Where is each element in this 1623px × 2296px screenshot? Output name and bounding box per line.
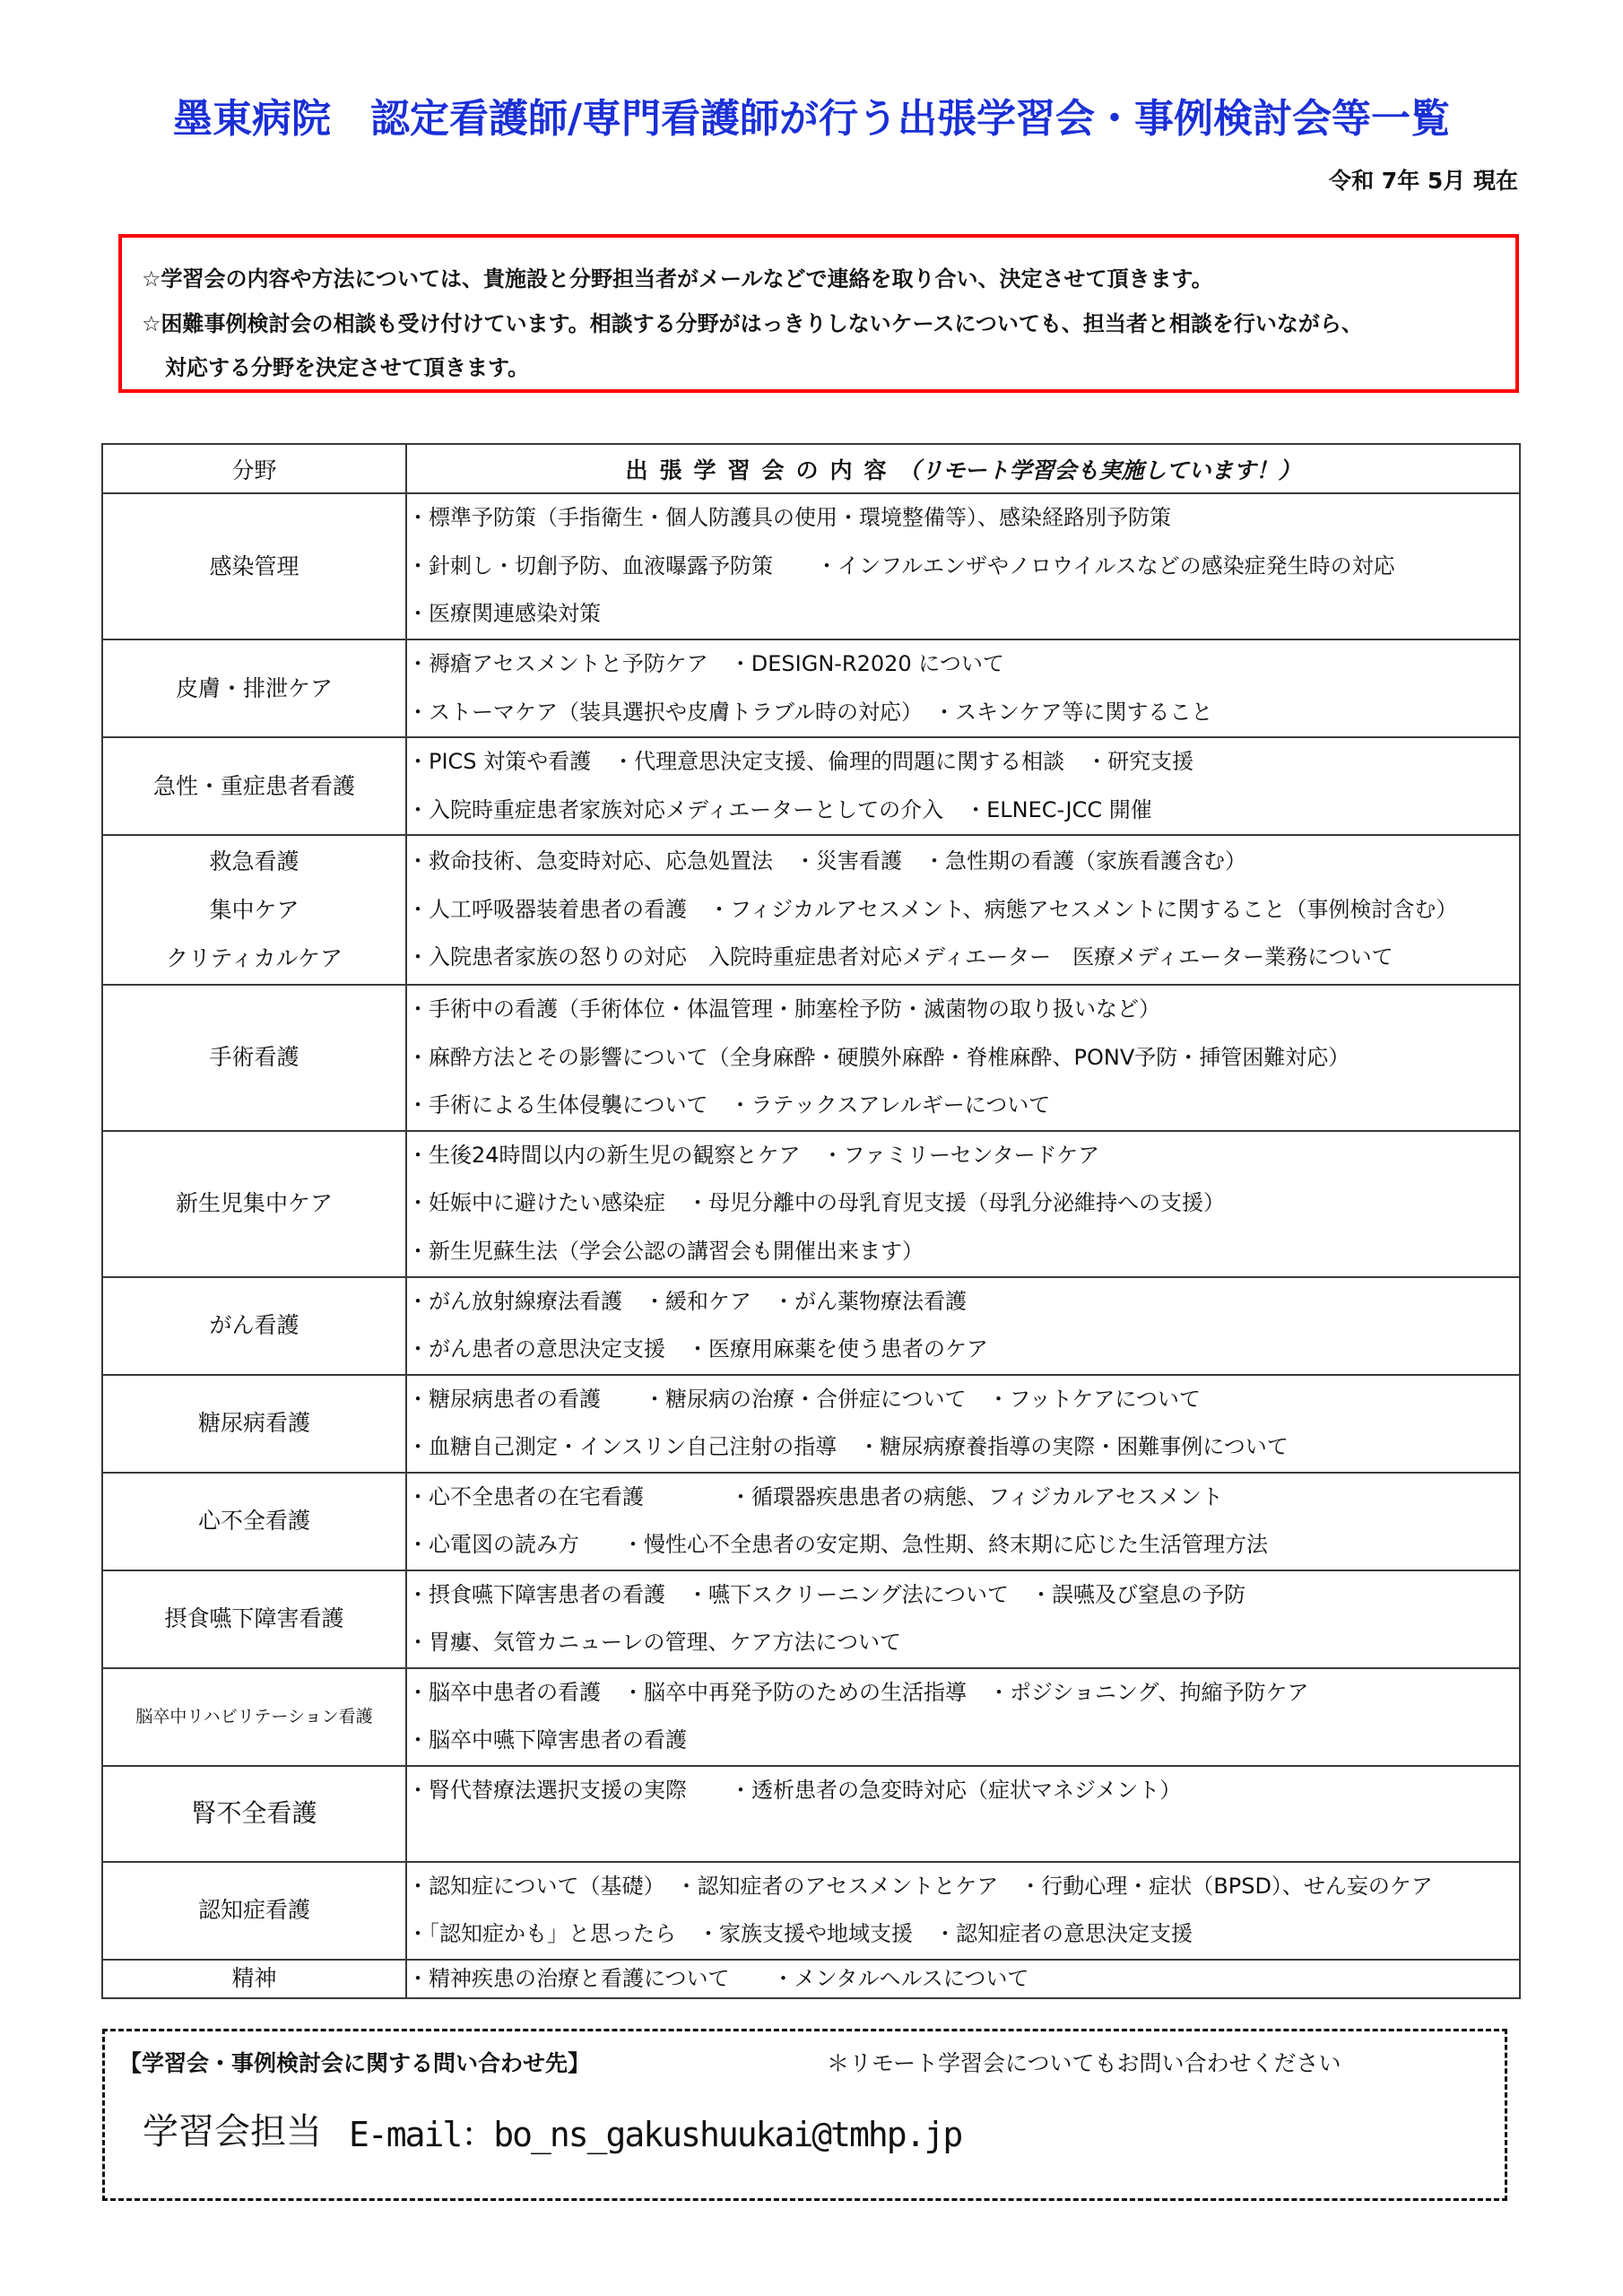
field-label: 皮膚・排泄ケア: [103, 665, 405, 713]
content-cell: ・生後24時間以内の新生児の観察とケア ・ファミリーセンタードケア ・妊娠中に避…: [406, 1131, 1520, 1277]
content-line: ・血糖自己測定・インスリン自己注射の指導 ・糖尿病療養指導の実際・困難事例につい…: [407, 1423, 1519, 1472]
field-cell: 心不全看護: [102, 1473, 406, 1570]
content-cell: ・がん放射線療法看護 ・緩和ケア ・がん薬物療法看護 ・がん患者の意思決定支援 …: [406, 1277, 1520, 1375]
table-row: 脳卒中リハビリテーション看護 ・脳卒中患者の看護 ・脳卒中再発予防のための生活指…: [102, 1668, 1520, 1766]
notice-box: ☆学習会の内容や方法については、貴施設と分野担当者がメールなどで連絡を取り合い、…: [118, 234, 1519, 393]
content-line: ・新生児蘇生法（学会公認の講習会も開催出来ます）: [407, 1228, 1519, 1276]
table-header-row: 分野 出張学習会の内容（リモート学習会も実施しています！）: [102, 444, 1520, 493]
field-cell: 摂食嚥下障害看護: [102, 1570, 406, 1668]
table-row: 糖尿病看護 ・糖尿病患者の看護 ・糖尿病の治療・合併症について ・フットケアにつ…: [102, 1375, 1520, 1473]
email-label: E-mail：: [349, 2115, 493, 2154]
content-line: ・がん放射線療法看護 ・緩和ケア ・がん薬物療法看護: [407, 1278, 1519, 1326]
content-line: ・腎代替療法選択支援の実際 ・透析患者の急変時対応（症状マネジメント）: [407, 1767, 1519, 1815]
notice-line: ☆困難事例検討会の相談も受け付けています。相談する分野がはっきりしないケースにつ…: [142, 306, 1363, 337]
content-line: ・救命技術、急変時対応、応急処置法 ・災害看護 ・急性期の看護（家族看護含む）: [407, 838, 1519, 886]
field-label: 新生児集中ケア: [103, 1179, 405, 1228]
content-cell: ・標準予防策（手指衛生・個人防護具の使用・環境整備等）、感染経路別予防策 ・針刺…: [406, 493, 1520, 639]
content-line: ・脳卒中嚥下障害患者の看護: [407, 1717, 1519, 1765]
field-label: 急性・重症患者看護: [103, 762, 405, 811]
content-line: ・標準予防策（手指衛生・個人防護具の使用・環境整備等）、感染経路別予防策: [407, 494, 1519, 543]
field-cell: 救急看護 集中ケア クリティカルケア: [102, 835, 406, 985]
field-label: がん看護: [103, 1301, 405, 1350]
content-cell: ・脳卒中患者の看護 ・脳卒中再発予防のための生活指導 ・ポジショニング、拘縮予防…: [406, 1668, 1520, 1766]
column-header-field: 分野: [102, 444, 406, 493]
remote-note: （リモート学習会も実施しています！）: [898, 457, 1301, 483]
field-cell: 脳卒中リハビリテーション看護: [102, 1668, 406, 1766]
content-line: ・心電図の読み方 ・慢性心不全患者の安定期、急性期、終末期に応じた生活管理方法: [407, 1521, 1519, 1570]
field-label: 手術看護: [103, 1033, 405, 1082]
content-line: ・麻酔方法とその影響について（全身麻酔・硬膜外麻酔・脊椎麻酔、PONV予防・挿管…: [407, 1034, 1519, 1083]
field-cell: 急性・重症患者看護: [102, 737, 406, 835]
content-cell: ・腎代替療法選択支援の実際 ・透析患者の急変時対応（症状マネジメント）: [406, 1766, 1520, 1862]
field-cell: 手術看護: [102, 985, 406, 1131]
table-row: 救急看護 集中ケア クリティカルケア ・救命技術、急変時対応、応急処置法 ・災害…: [102, 835, 1520, 985]
column-header-content-label: 出張学習会の内容: [625, 457, 898, 483]
field-cell: がん看護: [102, 1277, 406, 1375]
table-row: 腎不全看護 ・腎代替療法選択支援の実際 ・透析患者の急変時対応（症状マネジメント…: [102, 1766, 1520, 1862]
content-line: ・脳卒中患者の看護 ・脳卒中再発予防のための生活指導 ・ポジショニング、拘縮予防…: [407, 1669, 1519, 1718]
field-label: 集中ケア: [103, 886, 405, 935]
table-row: がん看護 ・がん放射線療法看護 ・緩和ケア ・がん薬物療法看護 ・がん患者の意思…: [102, 1277, 1520, 1375]
field-cell: 皮膚・排泄ケア: [102, 639, 406, 737]
field-label: 救急看護: [103, 838, 405, 886]
contact-heading: 【学習会・事例検討会に関する問い合わせ先】: [119, 2046, 590, 2078]
table-row: 心不全看護 ・心不全患者の在宅看護 ・循環器疾患患者の病態、フィジカルアセスメン…: [102, 1473, 1520, 1570]
field-label: 糖尿病看護: [103, 1399, 405, 1448]
field-cell: 新生児集中ケア: [102, 1131, 406, 1277]
seminar-table: 分野 出張学習会の内容（リモート学習会も実施しています！） 感染管理 ・標準予防…: [101, 443, 1521, 1999]
field-cell: 認知症看護: [102, 1862, 406, 1960]
field-label: クリティカルケア: [103, 935, 405, 983]
content-line: ・認知症について（基礎） ・認知症者のアセスメントとケア ・行動心理・症状（BP…: [407, 1863, 1519, 1911]
notice-line: ☆学習会の内容や方法については、貴施設と分野担当者がメールなどで連絡を取り合い、…: [142, 261, 1213, 292]
content-line: ・妊娠中に避けたい感染症 ・母児分離中の母乳育児支援（母乳分泌維持への支援）: [407, 1179, 1519, 1228]
field-cell: 糖尿病看護: [102, 1375, 406, 1473]
content-cell: ・手術中の看護（手術体位・体温管理・肺塞栓予防・滅菌物の取り扱いなど） ・麻酔方…: [406, 985, 1520, 1131]
field-cell: 精神: [102, 1960, 406, 1998]
table-row: 摂食嚥下障害看護 ・摂食嚥下障害患者の看護 ・嚥下スクリーニング法について ・誤…: [102, 1570, 1520, 1668]
contact-person: 学習会担当: [143, 2103, 322, 2154]
field-label: 腎不全看護: [103, 1789, 405, 1838]
email-address[interactable]: bo_ns_gakushuukai@tmhp.jp: [493, 2115, 961, 2154]
table-row: 感染管理 ・標準予防策（手指衛生・個人防護具の使用・環境整備等）、感染経路別予防…: [102, 493, 1520, 639]
table-row: 精神 ・精神疾患の治療と看護について ・メンタルヘルスについて: [102, 1960, 1520, 1998]
content-line: ・生後24時間以内の新生児の観察とケア ・ファミリーセンタードケア: [407, 1132, 1519, 1180]
content-line: ・ストーマケア（装具選択や皮膚トラブル時の対応） ・スキンケア等に関すること: [407, 689, 1519, 737]
content-line: ・がん患者の意思決定支援 ・医療用麻薬を使う患者のケア: [407, 1326, 1519, 1374]
content-cell: ・心不全患者の在宅看護 ・循環器疾患患者の病態、フィジカルアセスメント ・心電図…: [406, 1473, 1520, 1570]
field-label: 心不全看護: [103, 1497, 405, 1545]
contact-box: 【学習会・事例検討会に関する問い合わせ先】 ＊リモート学習会についてもお問い合わ…: [102, 2029, 1507, 2201]
column-header-content: 出張学習会の内容（リモート学習会も実施しています！）: [406, 444, 1520, 493]
content-line: ・糖尿病患者の看護 ・糖尿病の治療・合併症について ・フットケアについて: [407, 1376, 1519, 1424]
remote-inquiry-note: ＊リモート学習会についてもお問い合わせください: [827, 2046, 1341, 2078]
table-row: 新生児集中ケア ・生後24時間以内の新生児の観察とケア ・ファミリーセンタードケ…: [102, 1131, 1520, 1277]
content-line: ・針刺し・切創予防、血液曝露予防策 ・インフルエンザやノロウイルスなどの感染症発…: [407, 543, 1519, 591]
content-line: ・精神疾患の治療と看護について ・メンタルヘルスについて: [407, 1961, 1519, 1996]
content-line: ・「認知症かも」と思ったら ・家族支援や地域支援 ・認知症者の意思決定支援: [407, 1910, 1519, 1959]
content-line: ・入院患者家族の怒りの対応 入院時重症患者対応メディエーター 医療メディエーター…: [407, 934, 1519, 982]
content-cell: ・認知症について（基礎） ・認知症者のアセスメントとケア ・行動心理・症状（BP…: [406, 1862, 1520, 1960]
content-line: ・心不全患者の在宅看護 ・循環器疾患患者の病態、フィジカルアセスメント: [407, 1474, 1519, 1522]
field-cell: 感染管理: [102, 493, 406, 639]
content-line: ・褥瘡アセスメントと予防ケア ・DESIGN-R2020 について: [407, 640, 1519, 689]
field-label: 精神: [103, 1961, 405, 1996]
field-label: 感染管理: [103, 543, 405, 591]
content-line: ・人工呼吸器装着患者の看護 ・フィジカルアセスメント、病態アセスメントに関するこ…: [407, 886, 1519, 935]
content-line: ・手術による生体侵襲について ・ラテックスアレルギーについて: [407, 1082, 1519, 1130]
as-of-date: 令和 7年 5月 現在: [1329, 163, 1518, 196]
field-label: 脳卒中リハビリテーション看護: [103, 1692, 405, 1741]
content-cell: ・精神疾患の治療と看護について ・メンタルヘルスについて: [406, 1960, 1520, 1998]
content-cell: ・救命技術、急変時対応、応急処置法 ・災害看護 ・急性期の看護（家族看護含む） …: [406, 835, 1520, 985]
field-cell: 腎不全看護: [102, 1766, 406, 1862]
content-cell: ・糖尿病患者の看護 ・糖尿病の治療・合併症について ・フットケアについて ・血糖…: [406, 1375, 1520, 1473]
contact-email: E-mail：bo_ns_gakushuukai@tmhp.jp: [349, 2107, 961, 2156]
content-line: ・胃瘻、気管カニューレの管理、ケア方法について: [407, 1619, 1519, 1667]
page-title: 墨東病院 認定看護師/専門看護師が行う出張学習会・事例検討会等一覧: [0, 86, 1623, 143]
table-row: 手術看護 ・手術中の看護（手術体位・体温管理・肺塞栓予防・滅菌物の取り扱いなど）…: [102, 985, 1520, 1131]
content-line: ・手術中の看護（手術体位・体温管理・肺塞栓予防・滅菌物の取り扱いなど）: [407, 986, 1519, 1034]
content-line: ・PICS 対策や看護 ・代理意思決定支援、倫理的問題に関する相談 ・研究支援: [407, 738, 1519, 787]
content-cell: ・摂食嚥下障害患者の看護 ・嚥下スクリーニング法について ・誤嚥及び窒息の予防 …: [406, 1570, 1520, 1668]
content-line: ・摂食嚥下障害患者の看護 ・嚥下スクリーニング法について ・誤嚥及び窒息の予防: [407, 1571, 1519, 1620]
content-line: ・医療関連感染対策: [407, 590, 1519, 639]
content-line: ・入院時重症患者家族対応メディエーターとしての介入 ・ELNEC-JCC 開催: [407, 787, 1519, 835]
field-label: 認知症看護: [103, 1886, 405, 1935]
table-row: 皮膚・排泄ケア ・褥瘡アセスメントと予防ケア ・DESIGN-R2020 につい…: [102, 639, 1520, 737]
table-row: 認知症看護 ・認知症について（基礎） ・認知症者のアセスメントとケア ・行動心理…: [102, 1862, 1520, 1960]
content-cell: ・PICS 対策や看護 ・代理意思決定支援、倫理的問題に関する相談 ・研究支援 …: [406, 737, 1520, 835]
field-label: 摂食嚥下障害看護: [103, 1595, 405, 1643]
table-row: 急性・重症患者看護 ・PICS 対策や看護 ・代理意思決定支援、倫理的問題に関す…: [102, 737, 1520, 835]
content-cell: ・褥瘡アセスメントと予防ケア ・DESIGN-R2020 について ・ストーマケ…: [406, 639, 1520, 737]
notice-line: 対応する分野を決定させて頂きます。: [165, 350, 529, 381]
